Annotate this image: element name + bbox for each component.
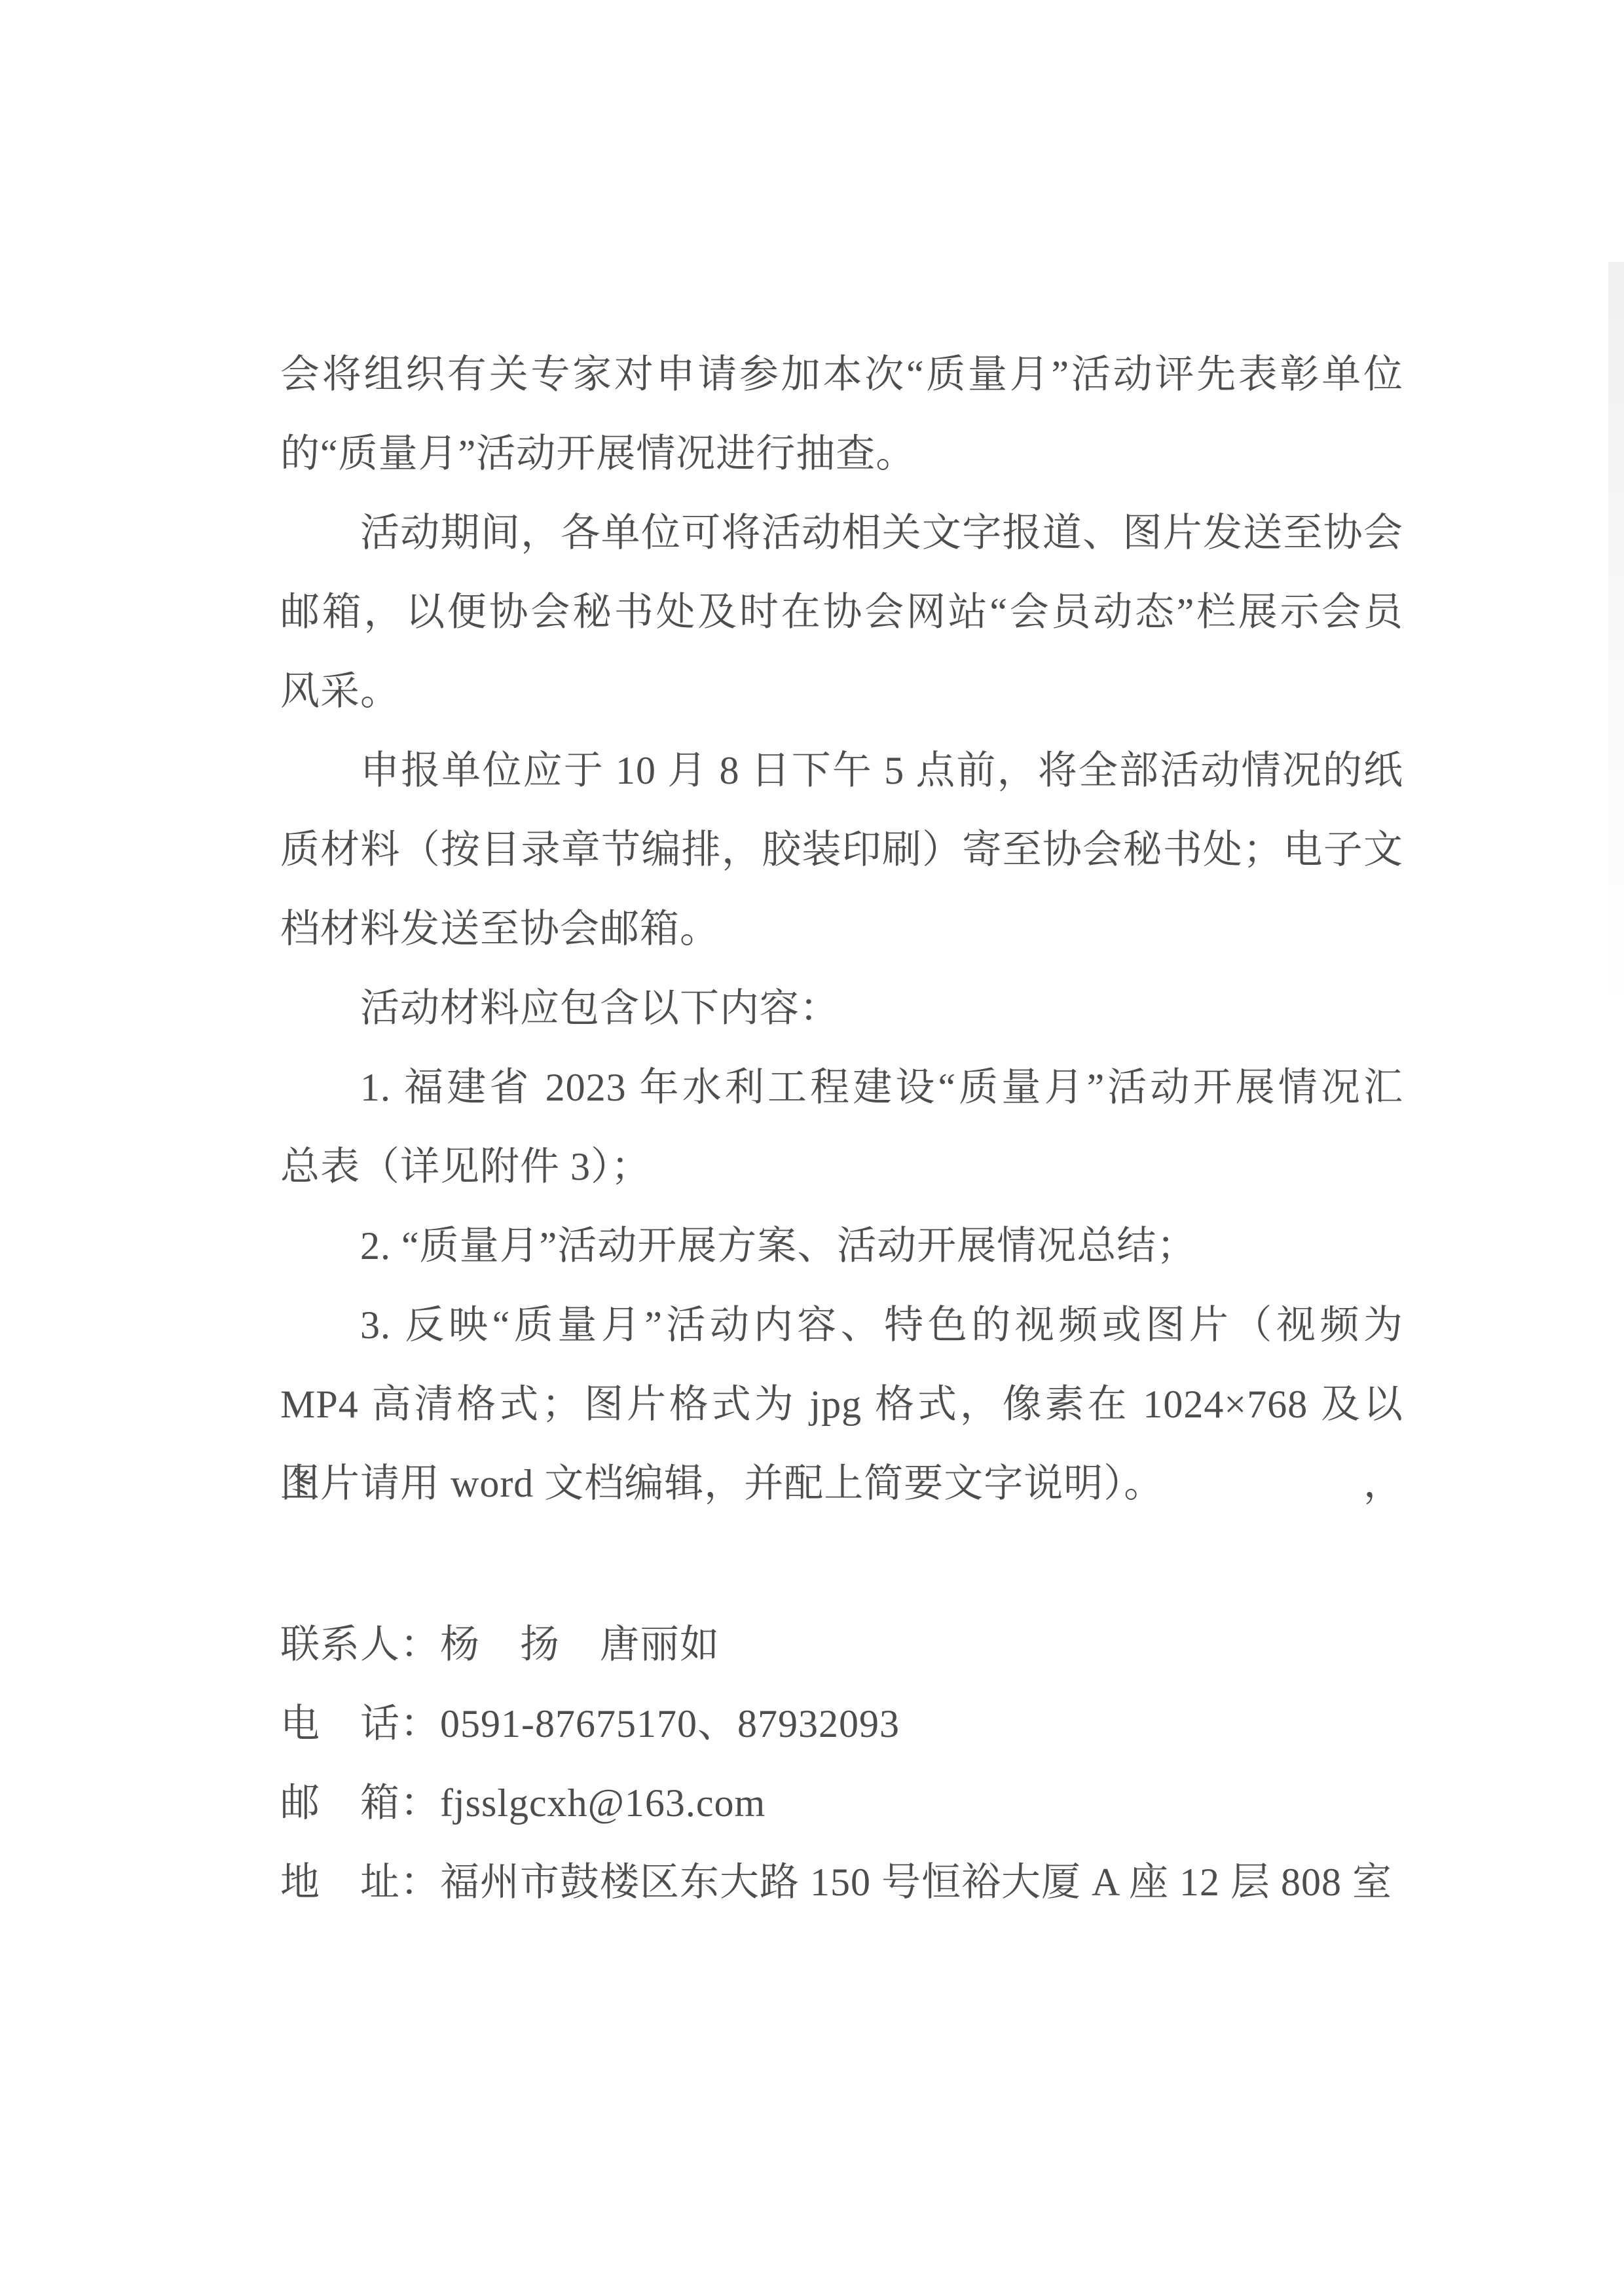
contact-row-phone: 电 话：0591-87675170、87932093	[280, 1685, 1403, 1764]
scanned-document-page: 会将组织有关专家对申请参加本次“质量月”活动评先表彰单位 的“质量月”活动开展情…	[0, 0, 1624, 2296]
body-line-12: 2. “质量月”活动开展方案、活动开展情况总结；	[280, 1207, 1403, 1286]
contact-phone-value: 0591-87675170、87932093	[440, 1702, 900, 1745]
body-line-14: MP4 高清格式；图片格式为 jpg 格式，像素在 1024×768 及以上，	[280, 1365, 1403, 1444]
body-line-4: 邮箱，以便协会秘书处及时在协会网站“会员动态”栏展示会员	[280, 573, 1403, 652]
contact-row-address: 地 址：福州市鼓楼区东大路 150 号恒裕大厦 A 座 12 层 808 室	[280, 1843, 1403, 1922]
contact-info: 联系人：杨 扬 唐丽如 电 话：0591-87675170、87932093 邮…	[280, 1605, 1403, 1922]
contact-person-value: 杨 扬 唐丽如	[440, 1623, 720, 1666]
contact-email-value: fjsslgcxh@163.com	[440, 1781, 766, 1825]
document-body: 会将组织有关专家对申请参加本次“质量月”活动评先表彰单位 的“质量月”活动开展情…	[280, 335, 1403, 1523]
body-line-2: 的“质量月”活动开展情况进行抽查。	[280, 414, 1403, 494]
body-line-1: 会将组织有关专家对申请参加本次“质量月”活动评先表彰单位	[280, 335, 1403, 414]
scan-artifact-streak	[1608, 262, 1624, 1015]
body-line-11: 总表（详见附件 3）；	[280, 1127, 1403, 1207]
body-line-10: 1. 福建省 2023 年水利工程建设“质量月”活动开展情况汇	[280, 1048, 1403, 1127]
body-line-5: 风采。	[280, 652, 1403, 731]
body-line-7: 质材料（按目录章节编排，胶装印刷）寄至协会秘书处；电子文	[280, 811, 1403, 890]
contact-person-label: 联系人：	[280, 1623, 440, 1666]
contact-row-person: 联系人：杨 扬 唐丽如	[280, 1605, 1403, 1685]
contact-row-email: 邮 箱：fjsslgcxh@163.com	[280, 1764, 1403, 1843]
body-line-13: 3. 反映“质量月”活动内容、特色的视频或图片（视频为	[280, 1286, 1403, 1365]
body-line-6: 申报单位应于 10 月 8 日下午 5 点前，将全部活动情况的纸	[280, 731, 1403, 811]
body-line-8: 档材料发送至协会邮箱。	[280, 890, 1403, 969]
contact-email-label: 邮 箱：	[280, 1781, 440, 1825]
body-line-9: 活动材料应包含以下内容：	[280, 969, 1403, 1048]
body-line-3: 活动期间，各单位可将活动相关文字报道、图片发送至协会	[280, 494, 1403, 573]
contact-address-label: 地 址：	[280, 1861, 440, 1904]
contact-address-value: 福州市鼓楼区东大路 150 号恒裕大厦 A 座 12 层 808 室	[440, 1861, 1392, 1904]
contact-phone-label: 电 话：	[280, 1702, 440, 1745]
